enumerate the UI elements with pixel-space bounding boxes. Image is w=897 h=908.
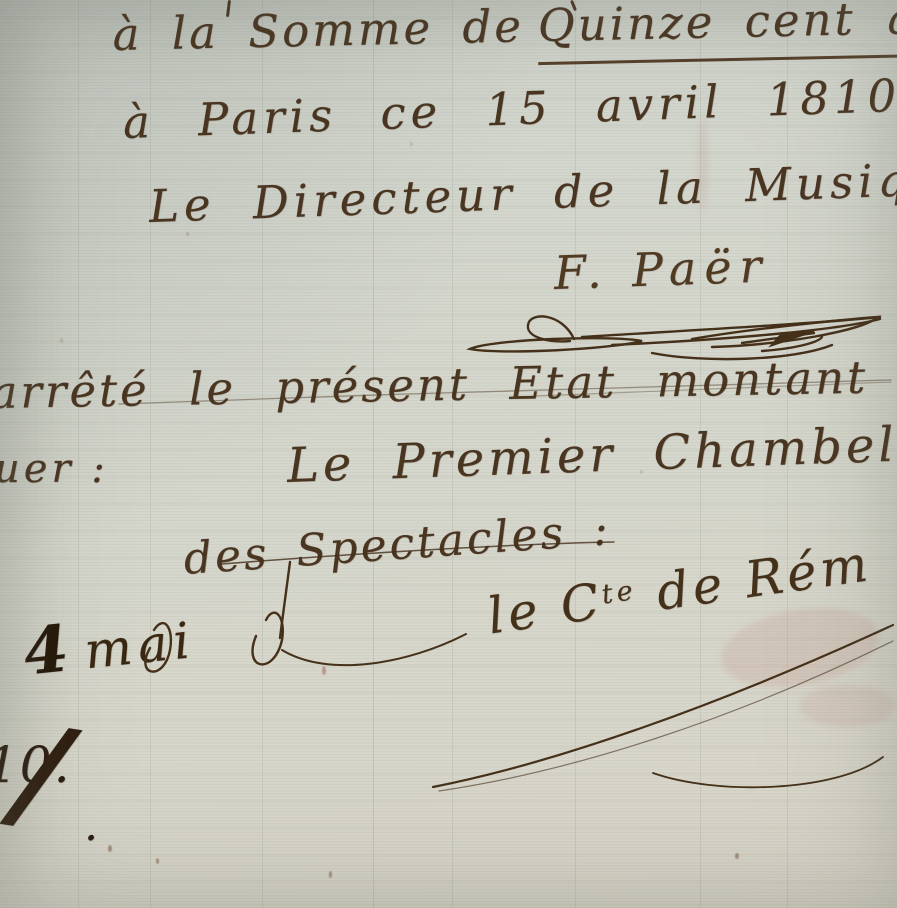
paper-speck [60, 338, 63, 343]
paper-speck [186, 232, 189, 236]
manuscript-photo: à la Somme deQuinze cent q à Paris ce 15… [0, 0, 897, 908]
manuscript-line-chambellan: Le Premier Chambellan [286, 414, 897, 494]
approval-day: 4 [20, 611, 78, 691]
year-fragment-dot: . [84, 800, 98, 851]
paper-speck [108, 845, 112, 852]
somme-prefix-text: à la Somme de [112, 0, 524, 61]
paper-speck [735, 853, 739, 859]
paper-speck [156, 858, 159, 864]
paper-speck [410, 142, 413, 146]
manuscript-line-directeur: Le Directeur de la Musique [148, 151, 897, 233]
manuscript-line-somme: à la Somme deQuinze cent q [112, 0, 897, 74]
somme-underlined-amount: Quinze cent q [537, 0, 897, 65]
signature-paer: F. Paër [553, 238, 770, 299]
remusat-flourish [415, 595, 897, 805]
manuscript-fragment-uer: uer : [0, 446, 109, 492]
arrete-cross-stroke [115, 378, 895, 408]
manuscript-line-place-date: à Paris ce 15 avril 1810 [122, 69, 897, 149]
paper-speck [329, 871, 332, 878]
